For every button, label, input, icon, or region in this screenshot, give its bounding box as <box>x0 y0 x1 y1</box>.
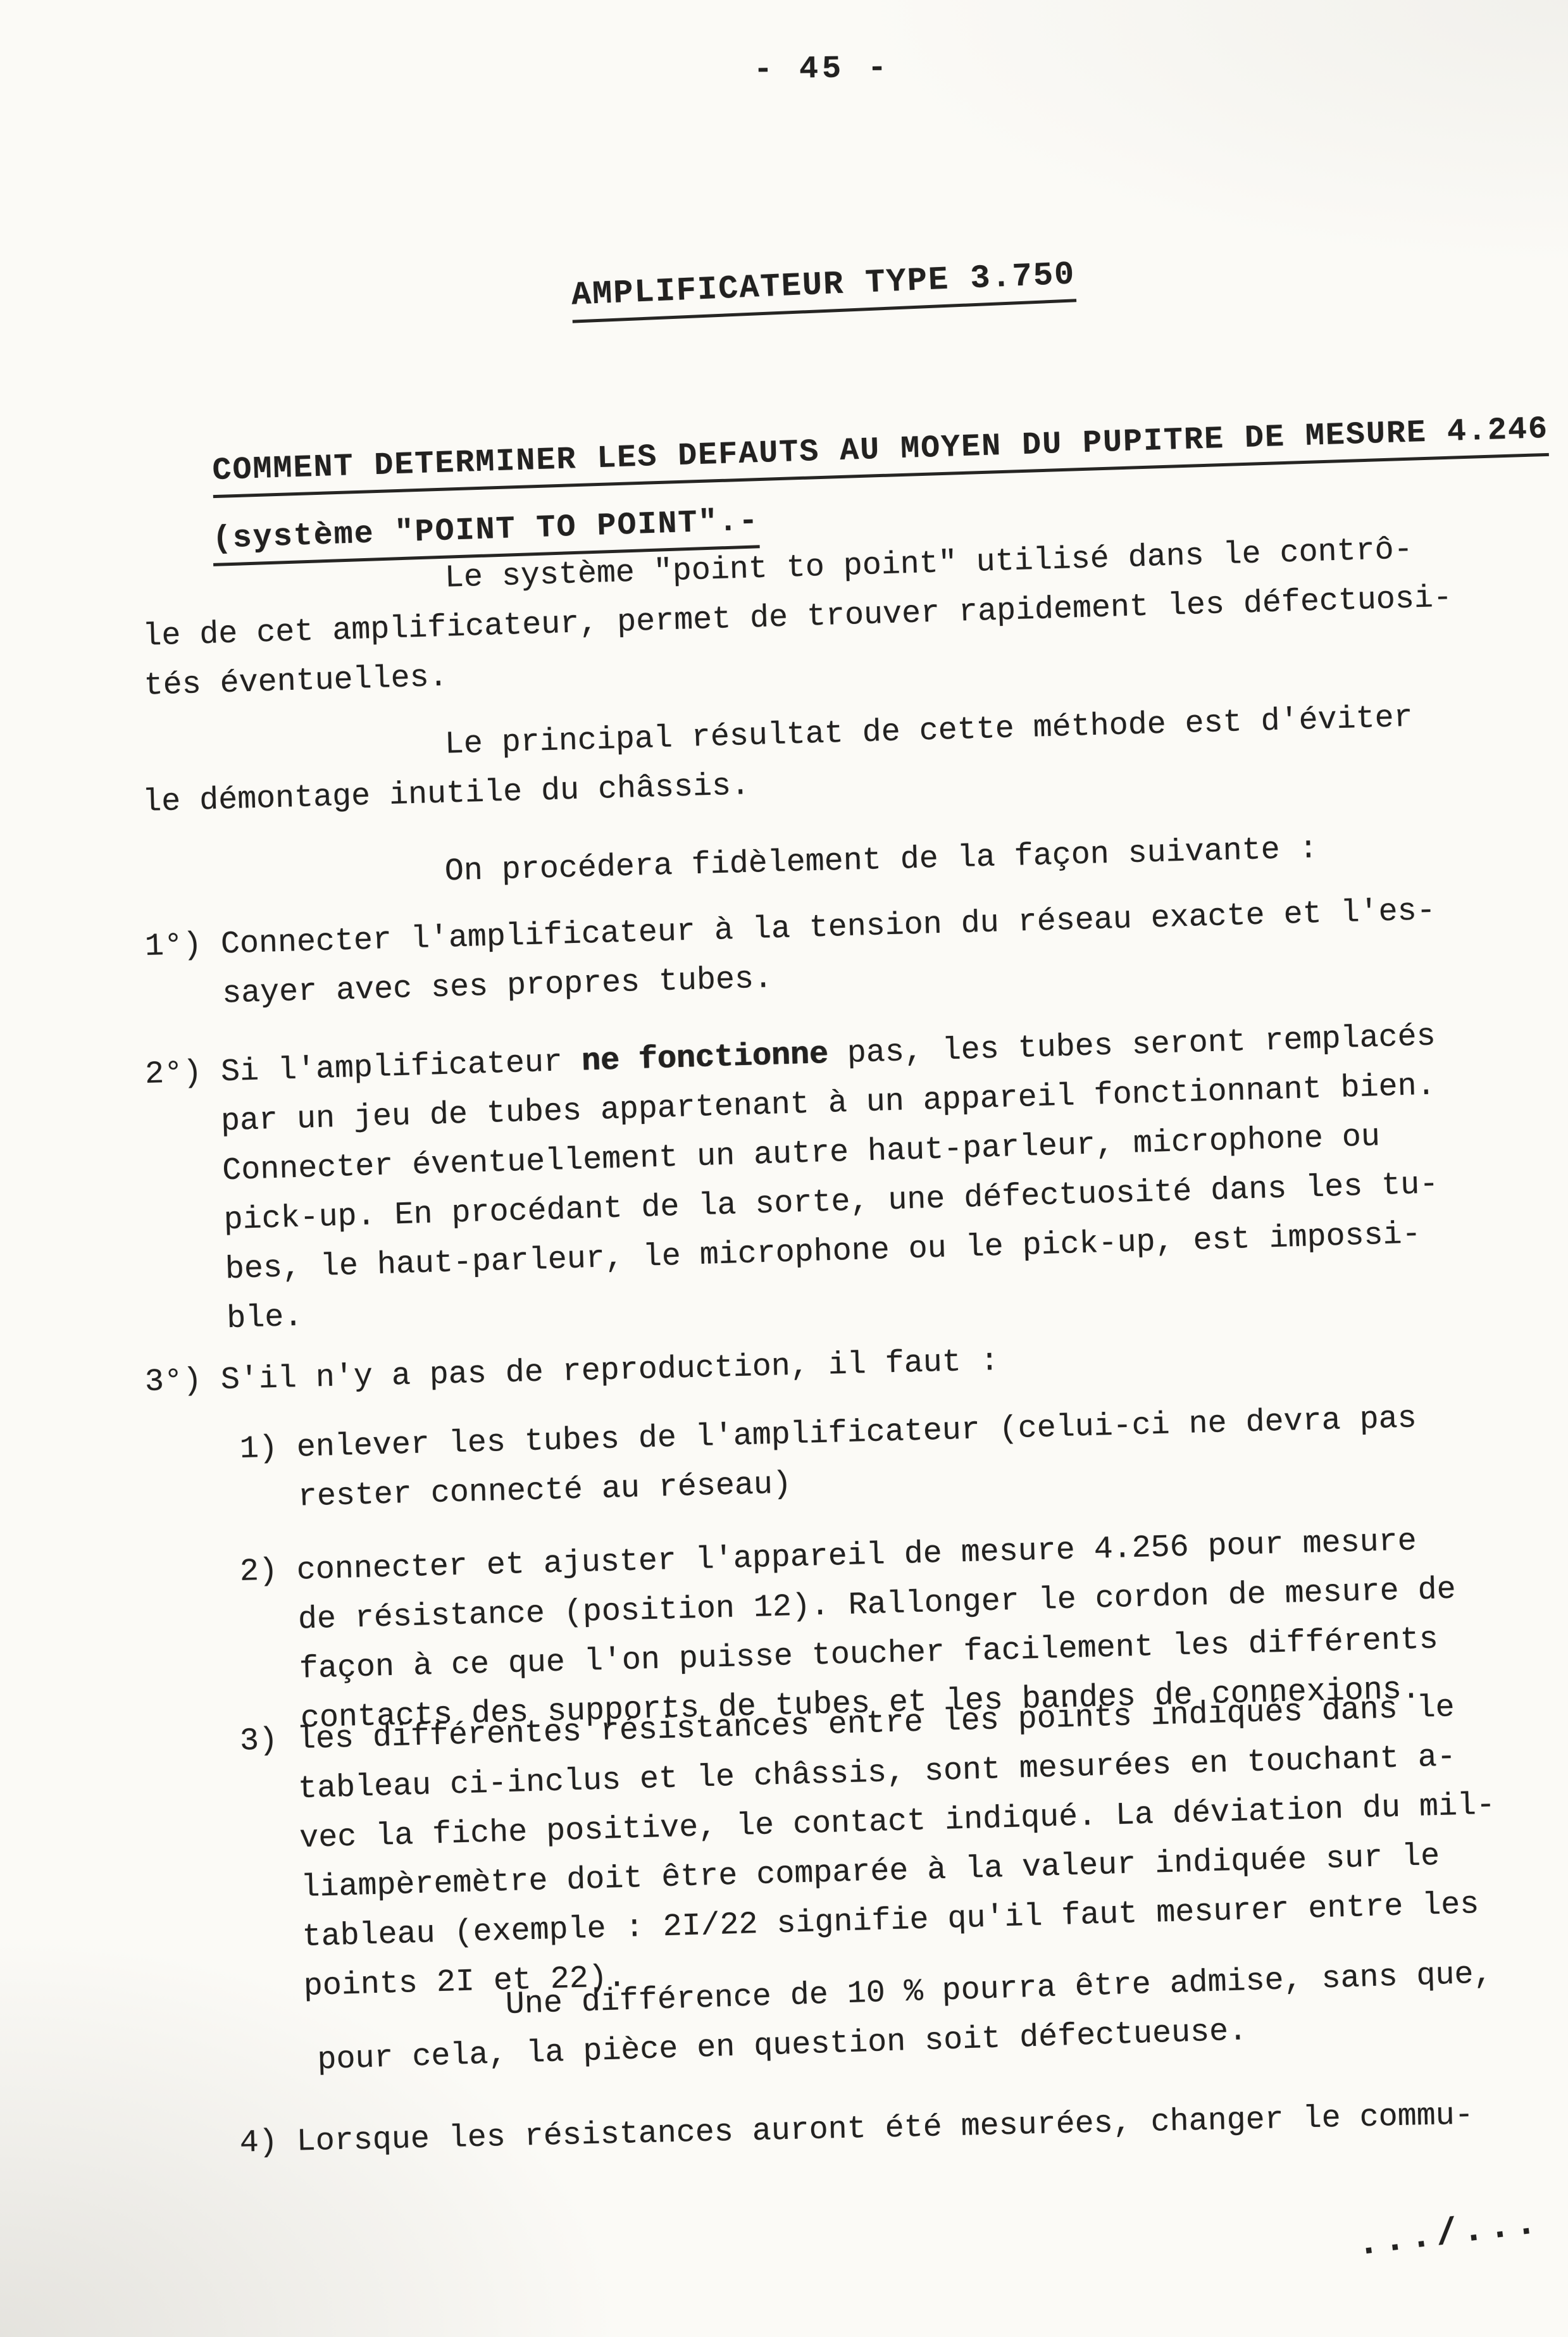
page-number: - 45 - <box>0 15 1568 123</box>
continuation-mark: .../... <box>1354 2198 1544 2270</box>
procedure-lead-paragraph: On procédera fidèlement de la façon suiv… <box>140 825 1319 905</box>
step-2-text-pre: 2°) Si l'amplificateur <box>144 1044 582 1093</box>
scanned-document-page: - 45 - AMPLIFICATEUR TYPE 3.750 COMMENT … <box>0 0 1568 2337</box>
page-number-text: - 45 - <box>754 50 891 88</box>
step-2-overstruck-text: ne fonctionne <box>581 1037 829 1080</box>
step-2-continuation: par un jeu de tubes appartenant à un app… <box>144 1061 1442 1346</box>
method-paragraph: Le principal résultat de cette méthode e… <box>140 694 1415 828</box>
step-1: 1°) Connecter l'amplificateur à la tensi… <box>144 887 1438 1021</box>
document-title-line: AMPLIFICATEUR TYPE 3.750 <box>0 229 1568 350</box>
document-title: AMPLIFICATEUR TYPE 3.750 <box>571 256 1076 323</box>
substep-1: 1) enlever les tubes de l'amplificateur … <box>144 1394 1419 1526</box>
step-4: 4) Lorsque les résistances auront été me… <box>144 2091 1474 2171</box>
step-3: 3°) S'il n'y a pas de reproduction, il f… <box>144 1337 1000 1407</box>
